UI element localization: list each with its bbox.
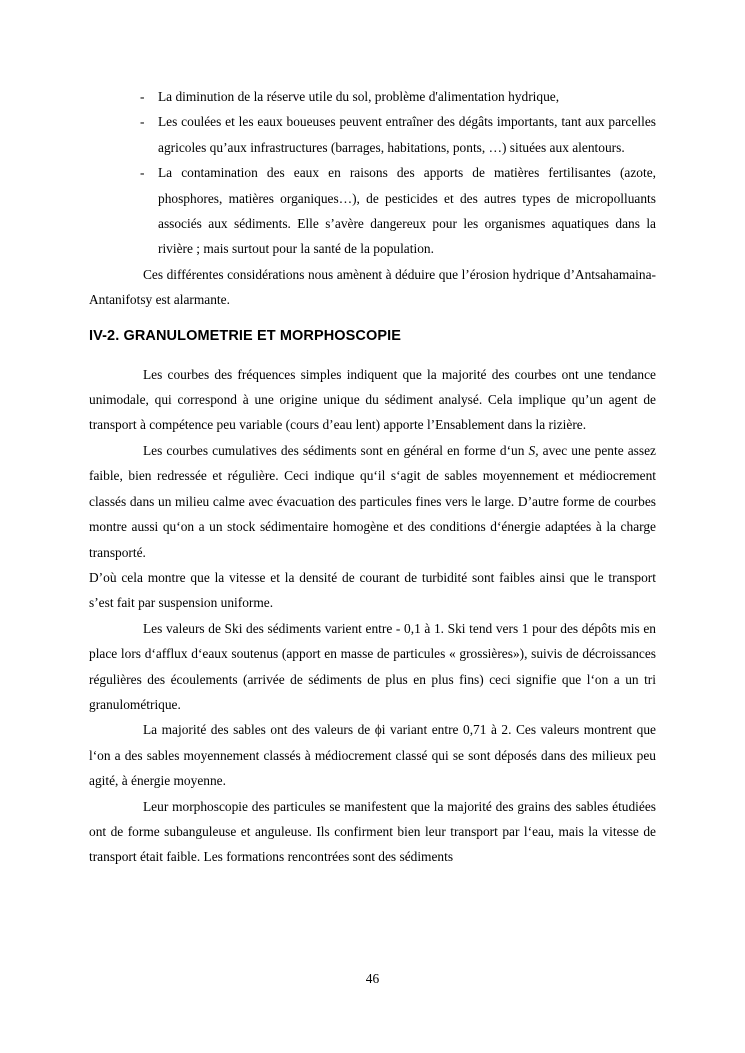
paragraph-phi-values: La majorité des sables ont des valeurs d… xyxy=(89,717,656,793)
document-page: - La diminution de la réserve utile du s… xyxy=(0,0,745,1053)
list-item-mudflows: - Les coulées et les eaux boueuses peuve… xyxy=(89,109,656,160)
paragraph-ski-values: Les valeurs de Ski des sédiments varient… xyxy=(89,616,656,718)
page-number: 46 xyxy=(0,970,745,988)
paragraph-text: avec une pente assez faible, bien redres… xyxy=(89,443,656,560)
list-item-soil-reserve: - La diminution de la réserve utile du s… xyxy=(89,84,656,109)
bullet-dash: - xyxy=(140,84,158,109)
bullet-dash: - xyxy=(140,160,158,262)
list-item-contamination: - La contamination des eaux en raisons d… xyxy=(89,160,656,262)
list-item-text: La contamination des eaux en raisons des… xyxy=(158,160,656,262)
italic-s: S, xyxy=(529,443,539,458)
section-heading: IV-2. GRANULOMETRIE ET MORPHOSCOPIE xyxy=(89,327,656,345)
paragraph-turbidity: D’où cela montre que la vitesse et la de… xyxy=(89,565,656,616)
paragraph-morphoscopy: Leur morphoscopie des particules se mani… xyxy=(89,794,656,870)
paragraph-conclusion: Ces différentes considérations nous amèn… xyxy=(89,262,656,313)
bullet-dash: - xyxy=(140,109,158,160)
list-item-text: Les coulées et les eaux boueuses peuvent… xyxy=(158,109,656,160)
paragraph-cumulative-curves: Les courbes cumulatives des sédiments so… xyxy=(89,438,656,565)
page-content: - La diminution de la réserve utile du s… xyxy=(89,84,656,870)
paragraph-text: Les courbes cumulatives des sédiments so… xyxy=(143,443,529,458)
list-item-text: La diminution de la réserve utile du sol… xyxy=(158,84,656,109)
paragraph-frequency-curves: Les courbes des fréquences simples indiq… xyxy=(89,362,656,438)
bullet-list: - La diminution de la réserve utile du s… xyxy=(89,84,656,262)
